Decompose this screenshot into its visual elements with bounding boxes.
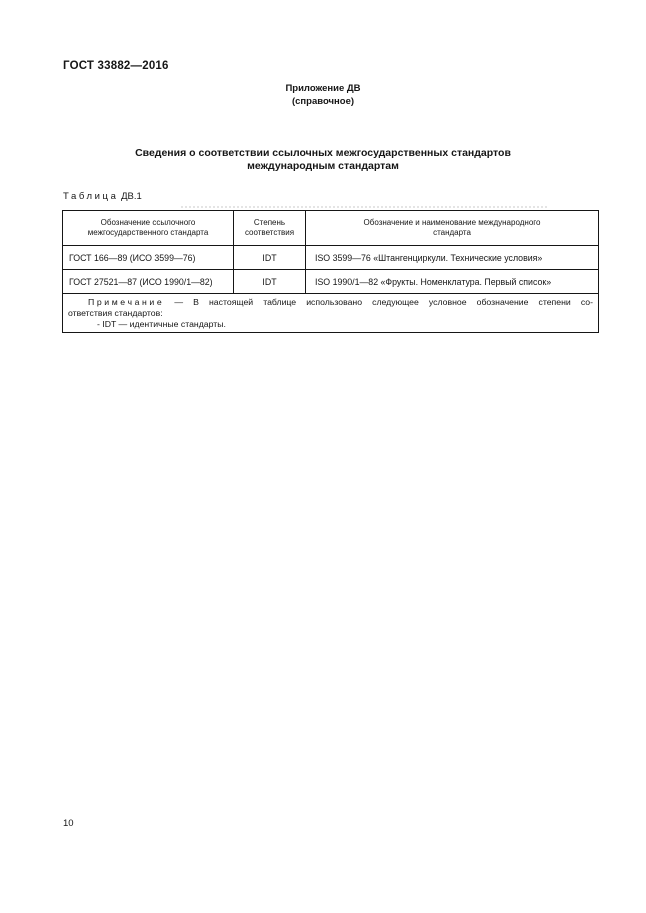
annex-subtitle: (справочное) [0,96,646,109]
page-number: 10 [63,818,74,829]
main-title-line1: Сведения о соответствии ссылочных межгос… [0,147,646,160]
table-header-row: Обозначение ссылочного межгосударственно… [63,211,599,246]
gost-standard-cell: ГОСТ 27521—87 (ИСО 1990/1—82) [63,270,234,294]
note-body-line1: — В настоящей таблице использовано следу… [174,297,593,307]
annex-title: Приложение ДВ [0,83,646,96]
col-header-reference-standard: Обозначение ссылочного межгосударственно… [63,211,234,246]
document-code: ГОСТ 33882—2016 [63,60,169,72]
iso-standard-cell: ISO 3599—76 «Штангенциркули. Технические… [306,246,599,270]
degree-cell: IDT [234,270,306,294]
scan-artifact-line [181,206,547,208]
document-page: { "document": { "code": "ГОСТ 33882—2016… [0,0,646,913]
col-header-degree: Степень соответствия [234,211,306,246]
table-row: ГОСТ 166—89 (ИСО 3599—76) IDT ISO 3599—7… [63,246,599,270]
col-header-international-standard: Обозначение и наименование международног… [306,211,599,246]
main-title: Сведения о соответствии ссылочных межгос… [0,147,646,172]
degree-cell: IDT [234,246,306,270]
note-line-1: Примечание — В настоящей таблице использ… [68,297,593,308]
table-caption-word: Таблица [63,191,118,202]
note-line-2: ответствия стандартов: [68,308,593,319]
iso-standard-cell: ISO 1990/1—82 «Фрукты. Номенклатура. Пер… [306,270,599,294]
table-caption-number: ДВ.1 [121,191,142,202]
gost-standard-cell: ГОСТ 166—89 (ИСО 3599—76) [63,246,234,270]
note-label: Примечание [88,297,164,307]
table-note: Примечание — В настоящей таблице использ… [63,294,599,333]
annex-heading: Приложение ДВ (справочное) [0,83,646,108]
table-row: ГОСТ 27521—87 (ИСО 1990/1—82) IDT ISO 19… [63,270,599,294]
main-title-line2: международным стандартам [0,160,646,173]
standards-correspondence-table: Обозначение ссылочного межгосударственно… [62,210,599,333]
table-note-row: Примечание — В настоящей таблице использ… [63,294,599,333]
table-caption: Таблица ДВ.1 [63,191,142,202]
note-list-item: - IDT — идентичные стандарты. [68,319,593,330]
